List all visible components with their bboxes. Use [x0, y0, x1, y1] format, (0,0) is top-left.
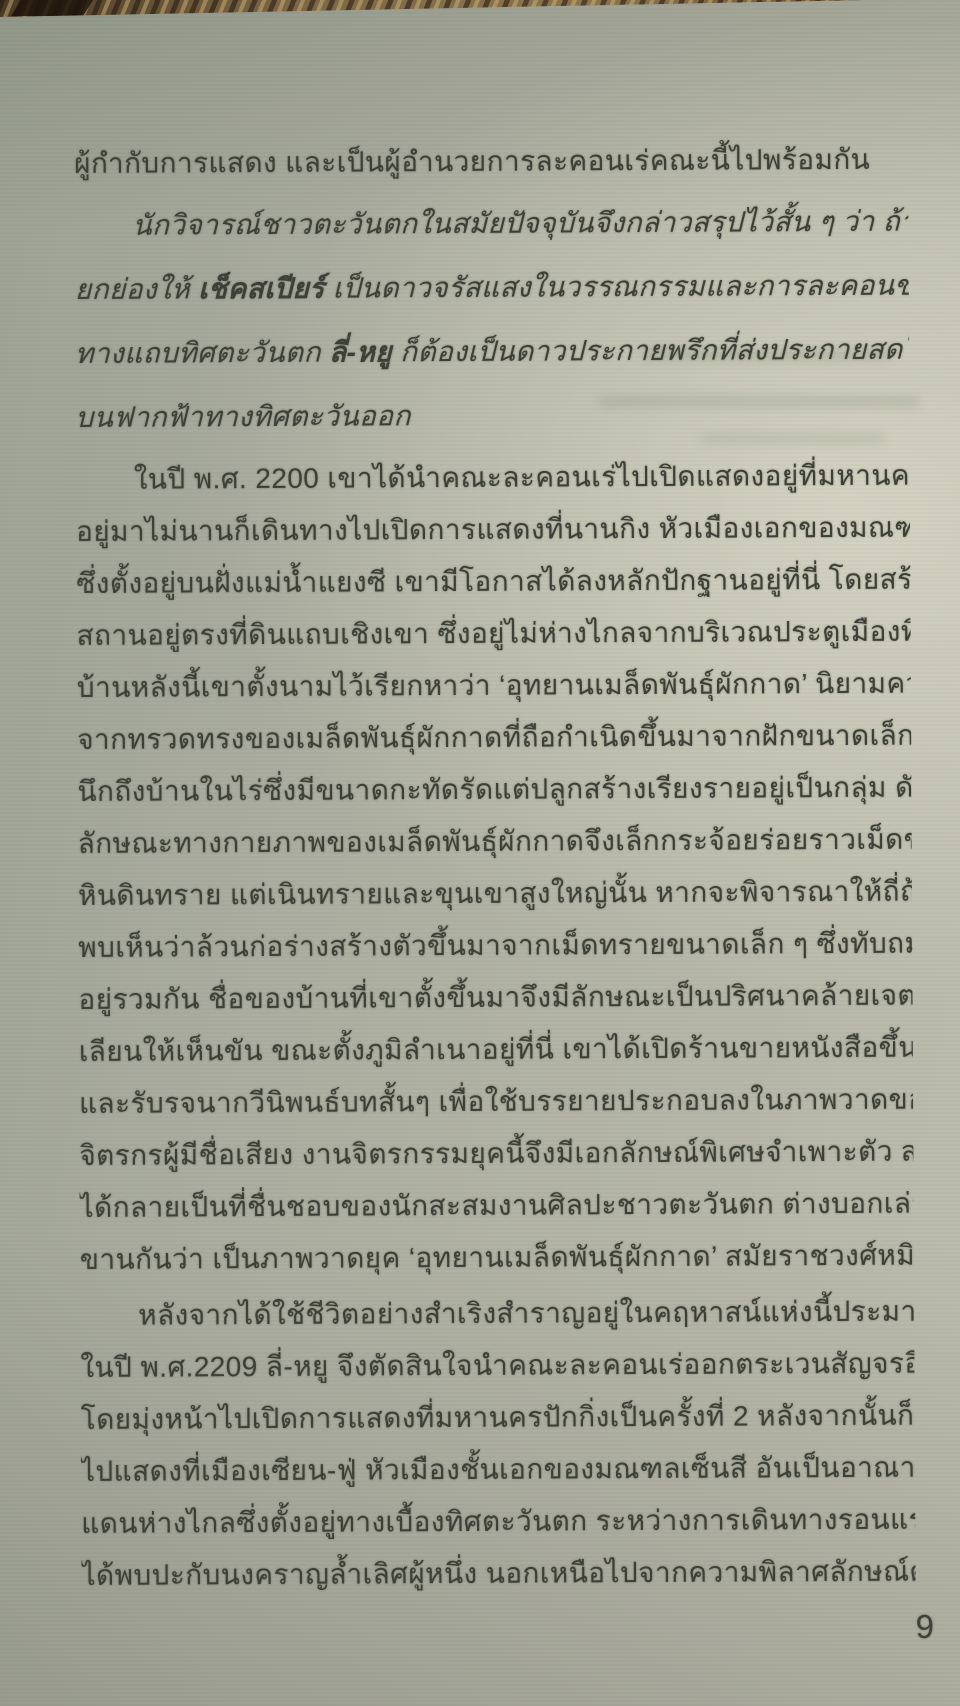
text-segment: ได้กลายเป็นที่ชื่นชอบของนักสะสมงานศิลปะช…	[80, 1187, 914, 1223]
paragraph: ในปี พ.ศ. 2200 เขาได้นำคณะละคอนเร่ไปเปิด…	[76, 450, 914, 1286]
text-segment: ลักษณะทางกายภาพของเมล็ดพันธุ์ผักกาดจึงเล…	[78, 823, 912, 859]
text-segment: โดยมุ่งหน้าไปเปิดการแสดงที่มหานครปักกิ่ง…	[81, 1399, 915, 1435]
page-text: ผู้กำกับการแสดง และเป็นผู้อำนวยการละคอนเ…	[74, 134, 916, 1606]
text-segment: บนฟากฟ้าทางทิศตะวันออก	[75, 400, 410, 433]
text-segment: บ้านหลังนี้เขาตั้งนามไว้เรียกหาว่า ‘อุทย…	[77, 667, 911, 703]
text-segment: ในปี พ.ศ. 2200 เขาได้นำคณะละคอนเร่ไปเปิด…	[134, 459, 910, 494]
text-line: บนฟากฟ้าทางทิศตะวันออก	[75, 382, 909, 450]
text-line: แดนห่างไกลซึ่งตั้งอยู่ทางเบื้องทิศตะวันต…	[81, 1494, 915, 1550]
text-line: ได้พบปะกับนงคราญล้ำเลิศผู้หนึ่ง นอกเหนือ…	[81, 1546, 915, 1602]
text-line: จากทรวดทรงของเมล็ดพันธุ์ผักกาดที่ถือกำเน…	[77, 710, 911, 766]
text-segment: ยกย่องให้	[75, 273, 199, 305]
text-segment: ซึ่งตั้งอยู่บนฝั่งแม่น้ำแยงซี เขามีโอกาส…	[76, 563, 910, 599]
text-segment: จากทรวดทรงของเมล็ดพันธุ์ผักกาดที่ถือกำเน…	[77, 719, 911, 755]
text-segment: ก็ต้องเป็นดาวประกายพรึกที่ส่งประกายสดใสอ…	[392, 333, 909, 367]
text-segment: นึกถึงบ้านในไร่ซึ่งมีขนาดกะทัดรัดแต่ปลูก…	[77, 771, 911, 807]
text-segment: ผู้กำกับการแสดง และเป็นผู้อำนวยการละคอนเ…	[74, 144, 870, 179]
text-segment: ทางแถบทิศตะวันตก	[75, 337, 329, 369]
text-line: สถานอยู่ตรงที่ดินแถบเชิงเขา ซึ่งอยู่ไม่ห…	[76, 606, 910, 662]
text-segment: ได้พบปะกับนงคราญล้ำเลิศผู้หนึ่ง นอกเหนือ…	[81, 1555, 915, 1591]
text-line: เลียนให้เห็นขัน ขณะตั้งภูมิลำเนาอยู่ที่น…	[79, 1022, 913, 1078]
text-segment: และรับรจนากวีนิพนธ์บทสั้นๆ เพื่อใช้บรรยา…	[79, 1083, 913, 1119]
text-line: ในปี พ.ศ. 2200 เขาได้นำคณะละคอนเร่ไปเปิด…	[76, 450, 910, 506]
text-line: ทางแถบทิศตะวันตก ลี่-หยู ก็ต้องเป็นดาวปร…	[75, 318, 909, 386]
text-line: ในปี พ.ศ.2209 ลี่-หยู จึงตัดสินใจนำคณะละ…	[80, 1338, 914, 1394]
text-line: นึกถึงบ้านในไร่ซึ่งมีขนาดกะทัดรัดแต่ปลูก…	[77, 762, 911, 818]
text-line: ผู้กำกับการแสดง และเป็นผู้อำนวยการละคอนเ…	[74, 134, 908, 190]
text-segment: นักวิจารณ์ชาวตะวันตกในสมัยปัจจุบันจึงกล่…	[132, 205, 908, 240]
text-segment: เป็นดาวจรัสแสงในวรรณกรรมและการละคอนของฟา…	[324, 269, 908, 304]
text-segment: เลียนให้เห็นขัน ขณะตั้งภูมิลำเนาอยู่ที่น…	[79, 1031, 913, 1067]
book-page: ผู้กำกับการแสดง และเป็นผู้อำนวยการละคอนเ…	[0, 0, 960, 1706]
text-line: บ้านหลังนี้เขาตั้งนามไว้เรียกหาว่า ‘อุทย…	[77, 658, 911, 714]
text-segment: อยู่รวมกัน ชื่อของบ้านที่เขาตั้งขึ้นมาจึ…	[78, 979, 912, 1015]
text-line: ไปแสดงที่เมืองเซียน-ฟู่ หัวเมืองชั้นเอกข…	[81, 1442, 915, 1498]
text-segment: ขานกันว่า เป็นภาพวาดยุค ‘อุทยานเมล็ดพันธ…	[80, 1240, 914, 1275]
text-segment: ในปี พ.ศ.2209 ลี่-หยู จึงตัดสินใจนำคณะละ…	[80, 1347, 914, 1383]
text-line: อยู่รวมกัน ชื่อของบ้านที่เขาตั้งขึ้นมาจึ…	[78, 970, 912, 1026]
text-segment: หินดินทราย แต่เนินทรายและขุนเขาสูงใหญ่นั…	[78, 875, 912, 911]
page-number: 9	[916, 1608, 934, 1646]
text-segment: ไปแสดงที่เมืองเซียน-ฟู่ หัวเมืองชั้นเอกข…	[81, 1451, 915, 1487]
text-segment: พบเห็นว่าล้วนก่อร่างสร้างตัวขึ้นมาจากเม็…	[78, 927, 912, 963]
text-line: ขานกันว่า เป็นภาพวาดยุค ‘อุทยานเมล็ดพันธ…	[80, 1230, 914, 1286]
text-segment: สถานอยู่ตรงที่ดินแถบเชิงเขา ซึ่งอยู่ไม่ห…	[77, 615, 911, 651]
emphasized-text: ลี่-หยู	[329, 336, 392, 367]
text-line: อยู่มาไม่นานก็เดินทางไปเปิดการแสดงที่นาน…	[76, 502, 910, 558]
text-line: พบเห็นว่าล้วนก่อร่างสร้างตัวขึ้นมาจากเม็…	[78, 918, 912, 974]
text-line: ยกย่องให้ เช็คสเปียร์ เป็นดาวจรัสแสงในวร…	[75, 254, 909, 322]
text-line: นักวิจารณ์ชาวตะวันตกในสมัยปัจจุบันจึงกล่…	[74, 190, 908, 258]
paragraph: นักวิจารณ์ชาวตะวันตกในสมัยปัจจุบันจึงกล่…	[74, 190, 909, 450]
text-line: หินดินทราย แต่เนินทรายและขุนเขาสูงใหญ่นั…	[78, 866, 912, 922]
text-line: โดยมุ่งหน้าไปเปิดการแสดงที่มหานครปักกิ่ง…	[81, 1390, 915, 1446]
paragraph: ผู้กำกับการแสดง และเป็นผู้อำนวยการละคอนเ…	[74, 134, 908, 190]
emphasized-text: เช็คสเปียร์	[198, 273, 325, 305]
text-line: ซึ่งตั้งอยู่บนฝั่งแม่น้ำแยงซี เขามีโอกาส…	[76, 554, 910, 610]
text-segment: อยู่มาไม่นานก็เดินทางไปเปิดการแสดงที่นาน…	[76, 511, 910, 547]
text-line: หลังจากได้ใช้ชีวิตอย่างสำเริงสำราญอยู่ใน…	[80, 1286, 914, 1342]
paragraph: หลังจากได้ใช้ชีวิตอย่างสำเริงสำราญอยู่ใน…	[80, 1286, 916, 1602]
text-line: ลักษณะทางกายภาพของเมล็ดพันธุ์ผักกาดจึงเล…	[78, 814, 912, 870]
text-line: จิตรกรผู้มีชื่อเสียง งานจิตรกรรมยุคนี้จึ…	[79, 1126, 913, 1182]
text-segment: หลังจากได้ใช้ชีวิตอย่างสำเริงสำราญอยู่ใน…	[138, 1295, 914, 1330]
text-line: และรับรจนากวีนิพนธ์บทสั้นๆ เพื่อใช้บรรยา…	[79, 1074, 913, 1130]
text-line: ได้กลายเป็นที่ชื่นชอบของนักสะสมงานศิลปะช…	[79, 1178, 913, 1234]
text-segment: จิตรกรผู้มีชื่อเสียง งานจิตรกรรมยุคนี้จึ…	[79, 1135, 913, 1171]
text-segment: แดนห่างไกลซึ่งตั้งอยู่ทางเบื้องทิศตะวันต…	[81, 1503, 915, 1539]
